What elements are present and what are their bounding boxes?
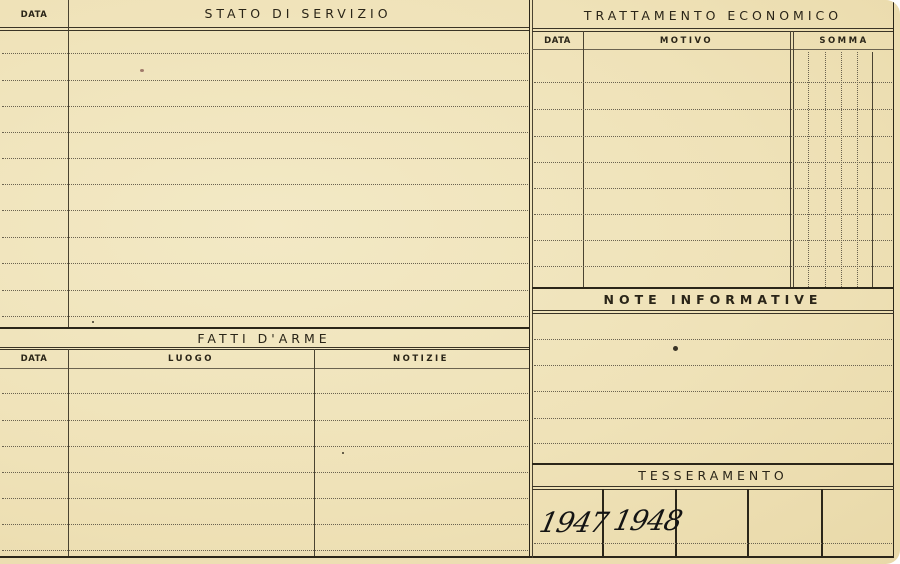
divider <box>532 28 894 29</box>
trattamento-row-line[interactable] <box>534 109 892 110</box>
trattamento-row-line[interactable] <box>534 214 892 215</box>
service-record-card: DATA STATO DI SERVIZIO FATTI D'ARME DATA… <box>0 0 900 564</box>
divider <box>0 556 893 558</box>
divider <box>68 0 69 328</box>
divider <box>532 287 894 289</box>
somma-digit-line <box>857 52 858 287</box>
paper-speck <box>140 69 144 72</box>
tesseramento-year-3[interactable] <box>677 491 747 555</box>
divider <box>0 30 529 31</box>
ink-spot <box>673 346 678 351</box>
divider <box>793 31 794 287</box>
note-row-line[interactable] <box>534 365 892 366</box>
stato-row-line[interactable] <box>2 263 528 264</box>
divider <box>532 313 894 314</box>
somma-digit-line <box>825 52 826 287</box>
divider <box>0 327 530 329</box>
fatti-row-line[interactable] <box>2 420 528 421</box>
trattamento-row-line[interactable] <box>534 188 892 189</box>
tesseramento-title: TESSERAMENTO <box>532 468 894 483</box>
trattamento-row-line[interactable] <box>534 266 892 267</box>
stato-row-line[interactable] <box>2 158 528 159</box>
note-informative-title: NOTE INFORMATIVE <box>532 292 894 307</box>
fatti-data-header: DATA <box>0 354 68 364</box>
divider <box>0 368 529 369</box>
trattamento-row-line[interactable] <box>534 240 892 241</box>
trattamento-motivo-header: MOTIVO <box>583 36 790 46</box>
note-row-line[interactable] <box>534 391 892 392</box>
trattamento-row-line[interactable] <box>534 82 892 83</box>
trattamento-data-header: DATA <box>532 36 583 46</box>
tesseramento-year-5[interactable] <box>823 491 893 555</box>
trattamento-somma-header: SOMMA <box>794 36 894 46</box>
divider <box>532 489 894 490</box>
stato-row-line[interactable] <box>2 237 528 238</box>
stato-row-line[interactable] <box>2 80 528 81</box>
stato-row-line[interactable] <box>2 53 528 54</box>
tesseramento-year-1[interactable]: 1947 <box>536 506 610 539</box>
somma-digit-line <box>808 52 809 287</box>
fatti-row-line[interactable] <box>2 472 528 473</box>
fatti-row-line[interactable] <box>2 550 528 551</box>
divider <box>790 31 791 287</box>
divider <box>532 49 894 50</box>
fatti-row-line[interactable] <box>2 446 528 447</box>
divider <box>583 31 584 287</box>
note-row-line[interactable] <box>534 418 892 419</box>
trattamento-row-line[interactable] <box>534 162 892 163</box>
fatti-d-arme-title: FATTI D'ARME <box>0 331 528 346</box>
somma-digit-line <box>841 52 842 287</box>
fatti-notizie-header: NOTIZIE <box>314 354 528 364</box>
fatti-row-line[interactable] <box>2 498 528 499</box>
stato-row-line[interactable] <box>2 316 528 317</box>
stato-row-line[interactable] <box>2 184 528 185</box>
stato-data-header: DATA <box>0 10 68 20</box>
trattamento-row-line[interactable] <box>534 136 892 137</box>
stato-row-line[interactable] <box>2 290 528 291</box>
divider <box>529 0 530 558</box>
divider <box>68 349 69 557</box>
divider <box>872 52 873 287</box>
tesseramento-year-4[interactable] <box>749 491 821 555</box>
stato-row-line[interactable] <box>2 106 528 107</box>
trattamento-economico-title: TRATTAMENTO ECONOMICO <box>532 8 894 23</box>
fatti-row-line[interactable] <box>2 524 528 525</box>
fatti-luogo-header: LUOGO <box>68 354 314 364</box>
divider <box>0 349 529 350</box>
divider <box>532 310 894 311</box>
stato-di-servizio-title: STATO DI SERVIZIO <box>68 6 528 21</box>
divider <box>532 31 894 32</box>
divider <box>532 486 894 487</box>
note-row-line[interactable] <box>534 339 892 340</box>
fatti-row-line[interactable] <box>2 393 528 394</box>
divider <box>314 349 315 557</box>
divider <box>532 463 894 465</box>
paper-speck <box>92 321 94 323</box>
stato-di-servizio-section: DATA STATO DI SERVIZIO <box>0 0 530 328</box>
divider <box>0 347 529 348</box>
tesseramento-year-2[interactable]: 1948 <box>610 504 684 537</box>
divider <box>0 27 529 28</box>
stato-row-line[interactable] <box>2 132 528 133</box>
note-row-line[interactable] <box>534 443 892 444</box>
stato-row-line[interactable] <box>2 210 528 211</box>
paper-speck <box>342 452 344 454</box>
